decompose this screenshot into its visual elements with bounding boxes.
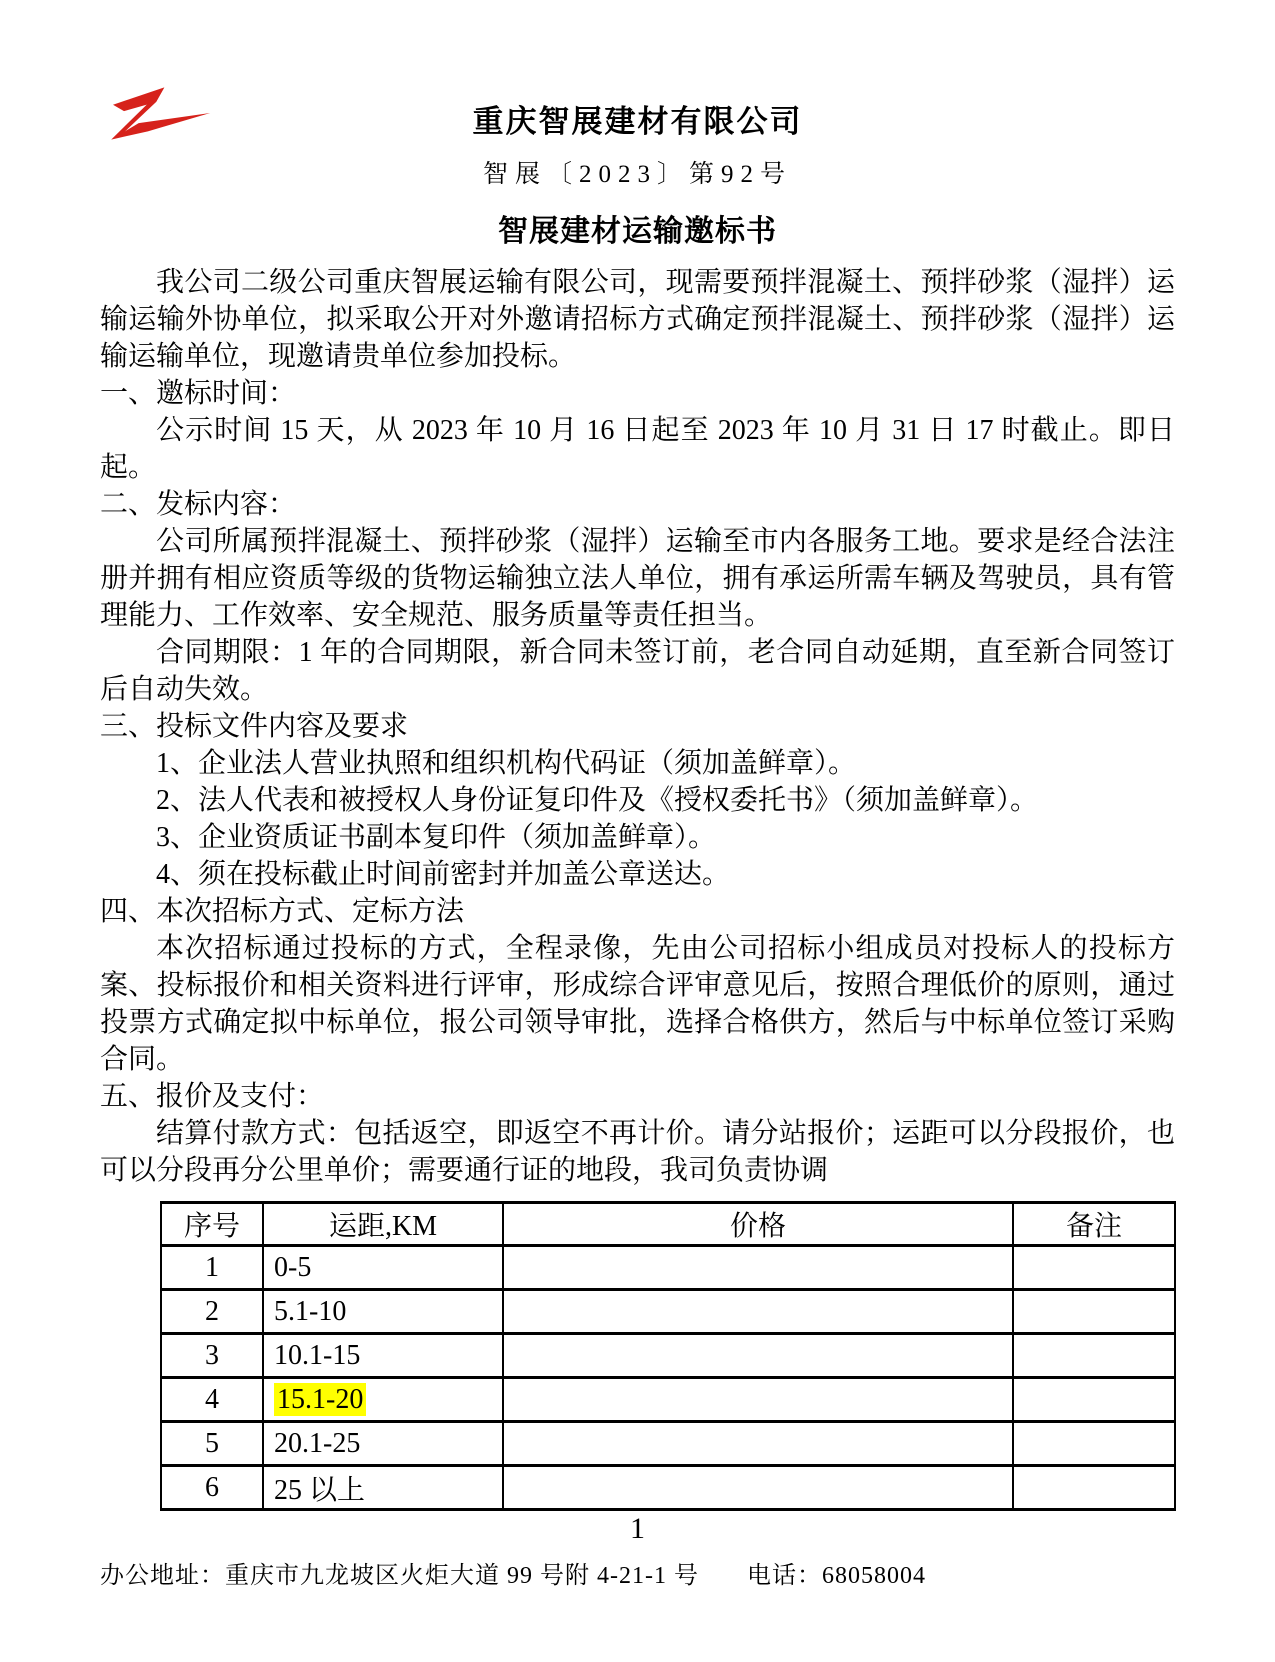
doc-number: 智展〔2023〕第92号 <box>100 154 1175 190</box>
cell-price <box>503 1466 1013 1510</box>
office-address: 办公地址：重庆市九龙坡区火炬大道 99 号附 4-21-1 号 <box>100 1563 699 1589</box>
section-heading: 五、报价及支付： <box>100 1078 1175 1115</box>
column-header: 备注 <box>1013 1203 1175 1246</box>
body-paragraph: 3、企业资质证书副本复印件（须加盖鲜章）。 <box>100 819 1175 856</box>
section-heading: 一、邀标时间： <box>100 375 1175 412</box>
body-paragraph: 公示时间 15 天，从 2023 年 10 月 16 日起至 2023 年 10… <box>100 412 1175 486</box>
cell-no: 2 <box>161 1290 263 1334</box>
body-paragraph: 2、法人代表和被授权人身份证复印件及《授权委托书》（须加盖鲜章）。 <box>100 782 1175 819</box>
cell-price <box>503 1290 1013 1334</box>
body-paragraph: 我公司二级公司重庆智展运输有限公司，现需要预拌混凝土、预拌砂浆（湿拌）运输运输外… <box>100 264 1175 375</box>
cell-distance: 5.1-10 <box>263 1290 503 1334</box>
cell-note <box>1013 1246 1175 1290</box>
cell-distance: 10.1-15 <box>263 1334 503 1378</box>
cell-distance: 25 以上 <box>263 1466 503 1510</box>
footer-address-line: 办公地址：重庆市九龙坡区火炬大道 99 号附 4-21-1 号电话：680580… <box>100 1555 926 1590</box>
cell-no: 5 <box>161 1422 263 1466</box>
table-row: 415.1-20 <box>161 1378 1175 1422</box>
doc-title: 智展建材运输邀标书 <box>100 206 1175 250</box>
cell-no: 3 <box>161 1334 263 1378</box>
cell-price <box>503 1378 1013 1422</box>
column-header: 序号 <box>161 1203 263 1246</box>
table-row: 625 以上 <box>161 1466 1175 1510</box>
table-row: 10-5 <box>161 1246 1175 1290</box>
cell-price <box>503 1422 1013 1466</box>
phone-number: 电话：68058004 <box>747 1563 926 1589</box>
column-header: 运距,KM <box>263 1203 503 1246</box>
cell-distance: 0-5 <box>263 1246 503 1290</box>
cell-note <box>1013 1334 1175 1378</box>
company-z-logo-icon <box>102 82 212 144</box>
body-paragraph: 4、须在投标截止时间前密封并加盖公章送达。 <box>100 856 1175 893</box>
cell-note <box>1013 1422 1175 1466</box>
cell-distance: 20.1-25 <box>263 1422 503 1466</box>
table-row: 520.1-25 <box>161 1422 1175 1466</box>
cell-price <box>503 1246 1013 1290</box>
price-table-header-row: 序号运距,KM价格备注 <box>161 1203 1175 1246</box>
document-body: 我公司二级公司重庆智展运输有限公司，现需要预拌混凝土、预拌砂浆（湿拌）运输运输外… <box>100 264 1175 1189</box>
cell-distance: 15.1-20 <box>263 1378 503 1422</box>
cell-no: 4 <box>161 1378 263 1422</box>
table-row: 25.1-10 <box>161 1290 1175 1334</box>
table-row: 310.1-15 <box>161 1334 1175 1378</box>
page-number: 1 <box>0 1512 1275 1546</box>
cell-note <box>1013 1378 1175 1422</box>
cell-no: 6 <box>161 1466 263 1510</box>
body-paragraph: 1、企业法人营业执照和组织机构代码证（须加盖鲜章）。 <box>100 745 1175 782</box>
section-heading: 二、发标内容： <box>100 486 1175 523</box>
highlighted-text: 15.1-20 <box>274 1383 366 1416</box>
company-title: 重庆智展建材有限公司 <box>100 0 1175 141</box>
section-heading: 四、本次招标方式、定标方法 <box>100 893 1175 930</box>
body-paragraph: 合同期限：1 年的合同期限，新合同未签订前，老合同自动延期，直至新合同签订后自动… <box>100 634 1175 708</box>
body-paragraph: 结算付款方式：包括返空，即返空不再计价。请分站报价；运距可以分段报价，也可以分段… <box>100 1115 1175 1189</box>
body-paragraph: 公司所属预拌混凝土、预拌砂浆（湿拌）运输至市内各服务工地。要求是经合法注册并拥有… <box>100 523 1175 634</box>
cell-no: 1 <box>161 1246 263 1290</box>
body-paragraph: 本次招标通过投标的方式，全程录像，先由公司招标小组成员对投标人的投标方案、投标报… <box>100 930 1175 1078</box>
cell-price <box>503 1334 1013 1378</box>
document-page: 重庆智展建材有限公司 智展〔2023〕第92号 智展建材运输邀标书 我公司二级公… <box>0 0 1275 1662</box>
column-header: 价格 <box>503 1203 1013 1246</box>
section-heading: 三、投标文件内容及要求 <box>100 708 1175 745</box>
price-table-body: 10-525.1-10310.1-15415.1-20520.1-25625 以… <box>161 1246 1175 1510</box>
cell-note <box>1013 1466 1175 1510</box>
cell-note <box>1013 1290 1175 1334</box>
price-table: 序号运距,KM价格备注 10-525.1-10310.1-15415.1-205… <box>160 1201 1176 1511</box>
